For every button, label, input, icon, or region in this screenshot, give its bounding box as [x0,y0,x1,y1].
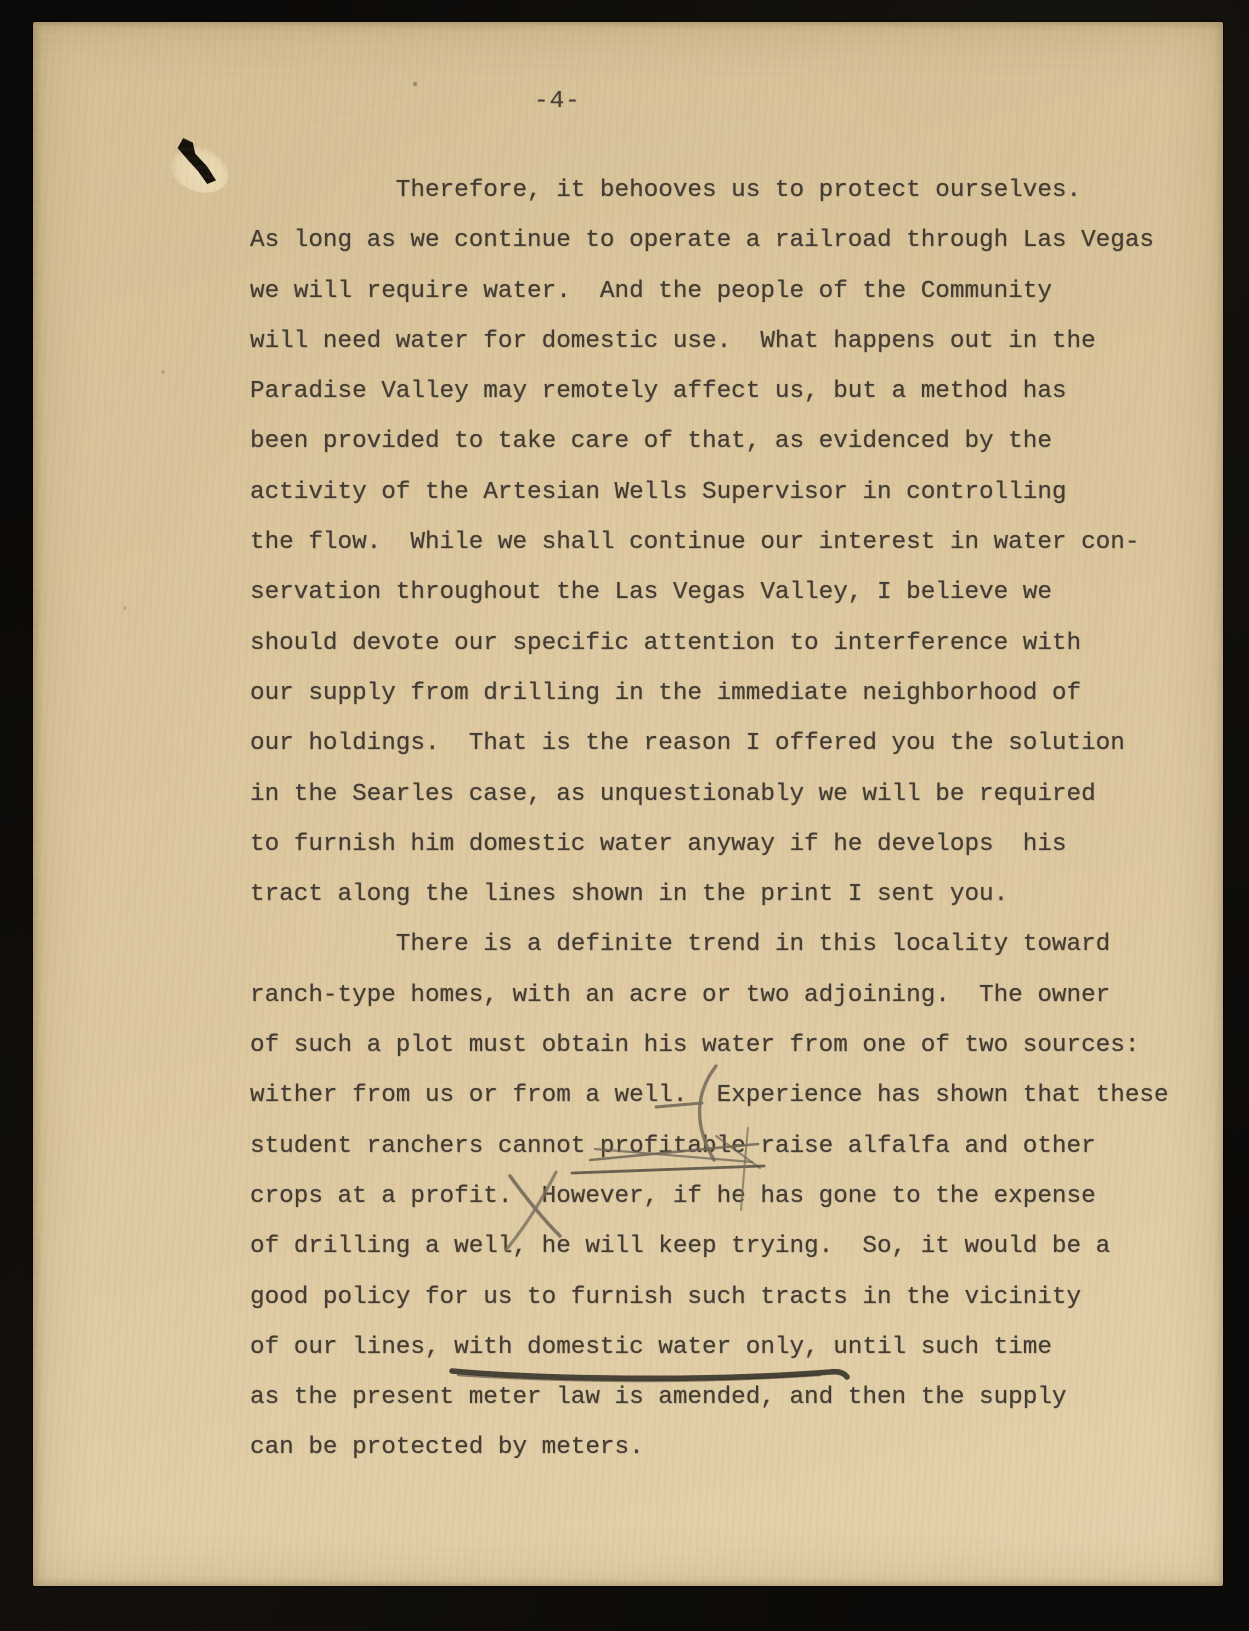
typed-line: student ranchers cannot profitable raise… [250,1122,1210,1172]
typed-line: in the Searles case, as unquestionably w… [250,770,1210,820]
typed-line: we will require water. And the people of… [250,267,1210,317]
typed-line: crops at a profit. However, if he has go… [250,1172,1210,1222]
typed-line: There is a definite trend in this locali… [250,920,1210,970]
typed-line: to furnish him domestic water anyway if … [250,820,1210,870]
typed-line: Therefore, it behooves us to protect our… [250,166,1210,216]
paper-tear-halo [164,136,237,204]
typed-line: servation throughout the Las Vegas Valle… [250,568,1210,618]
typed-line: been provided to take care of that, as e… [250,417,1210,467]
typed-line: will need water for domestic use. What h… [250,317,1210,367]
page-number: -4- [534,88,581,115]
typed-line: good policy for us to furnish such tract… [250,1273,1210,1323]
typed-line: As long as we continue to operate a rail… [250,216,1210,266]
typed-line: our supply from drilling in the immediat… [250,669,1210,719]
typed-line: of drilling a well, he will keep trying.… [250,1222,1210,1272]
typed-line: our holdings. That is the reason I offer… [250,719,1210,769]
typed-line: activity of the Artesian Wells Superviso… [250,468,1210,518]
typed-line: as the present meter law is amended, and… [250,1373,1210,1423]
typed-line: of such a plot must obtain his water fro… [250,1021,1210,1071]
typed-line: of our lines, with domestic water only, … [250,1323,1210,1373]
typed-line: ranch-type homes, with an acre or two ad… [250,971,1210,1021]
scanned-document-page: { "page": { "number_label": "-4-", "line… [0,0,1249,1631]
paper-tear-mark [176,138,216,184]
typed-line: Paradise Valley may remotely affect us, … [250,367,1210,417]
typed-line: tract along the lines shown in the print… [250,870,1210,920]
typed-line: should devote our specific attention to … [250,619,1210,669]
typed-line: the flow. While we shall continue our in… [250,518,1210,568]
typed-text-block: Therefore, it behooves us to protect our… [250,166,1210,1474]
typed-line: wither from us or from a well. Experienc… [250,1071,1210,1121]
typed-line: can be protected by meters. [250,1423,1210,1473]
